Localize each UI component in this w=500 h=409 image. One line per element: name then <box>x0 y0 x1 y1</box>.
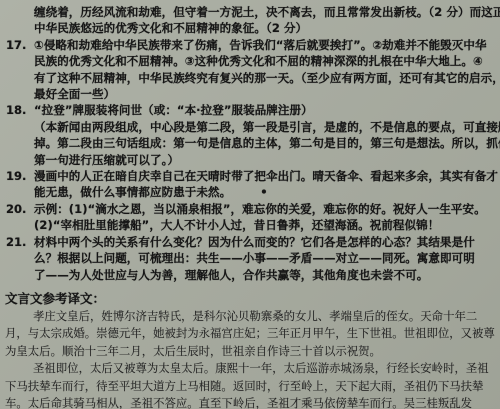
translation-line-text: 为皇太后。顺治十三年二月，太后生辰时，世祖亲自作诗三十首以示祝贺。 <box>5 343 495 360</box>
translation-heading: 文言文参考译文： <box>5 289 495 308</box>
translation-section: 孝庄文皇后，姓博尔济吉特氏，是科尔沁贝勒寨桑的女儿、孝端皇后的侄女。天命十年二月… <box>5 308 495 409</box>
answer-line-text: 最好全面一些） <box>34 86 495 102</box>
answer-number: 18. <box>6 102 26 118</box>
answer-number: 19. <box>6 168 26 184</box>
answer-number: 17. <box>6 37 26 53</box>
answer-line-text: “拉登”牌服装将问世（或：“本·拉登”服装品牌注册） <box>34 102 495 118</box>
answer-item: 20.示例：(1)“滴水之恩，当以涌泉相报”，难忘你的关爱，难忘你的好。祝好人一… <box>5 201 495 234</box>
answer-item: 18.“拉登”牌服装将问世（或：“本·拉登”服装品牌注册）（本新闻由两段组成，中… <box>5 102 495 168</box>
answer-line-text: 第一句进行压缩就可以了。） <box>34 152 495 168</box>
answer-line-text: 掉。第二段由三句话组成：第一句是信息的主体，第二句是目的，第三句是想法。所以，抓… <box>34 135 495 151</box>
answers-section: 缠绕着，历经风流和劫难，但守着一方泥土，决不离去，而且常常发出新枝。（2 分）而… <box>5 4 495 283</box>
answer-item: 19.漫画中的人正在暗自庆幸自己在天晴时带了把伞出门。晴天备伞、看起来多余，其实… <box>5 168 495 201</box>
answer-line-text: 材料中两个头的关系有什么变化？因为什么而变的？它们各是怎样的心态？其结果是什 <box>34 234 495 250</box>
answer-line-text: ①侵略和劫难给中华民族带来了伤痛，告诉我们“落后就要挨打”。②劫难并不能毁灭中华 <box>34 37 495 53</box>
page: { "page": { "background_color": "#a5a99d… <box>0 0 500 409</box>
answer-item: 17.①侵略和劫难给中华民族带来了伤痛，告诉我们“落后就要挨打”。②劫难并不能毁… <box>5 37 495 103</box>
answer-item: 缠绕着，历经风流和劫难，但守着一方泥土，决不离去，而且常常发出新枝。（2 分）而… <box>5 4 495 37</box>
answer-line-text: 能无患，做什么事情都应防患于未然。 • <box>34 184 495 200</box>
answer-line-text: 有了这种不屈精神，中华民族终究有复兴的那一天。（至少应有两方面，还可有其它的启示… <box>34 70 495 86</box>
answer-line-text: 缠绕着，历经风流和劫难，但守着一方泥土，决不离去，而且常常发出新枝。（2 分）而… <box>34 4 495 20</box>
document-scan: 缠绕着，历经风流和劫难，但守着一方泥土，决不离去，而且常常发出新枝。（2 分）而… <box>0 0 500 409</box>
translation-line-text: 圣祖即位，太后又被尊为太皇太后。康熙十一年，太后巡游赤城汤泉，行经长安岭时，圣祖 <box>5 360 495 377</box>
answer-line-text: 了——为人处世应与人为善，理解他人，合作共赢等，其他角度也未尝不可。 <box>34 267 495 283</box>
answer-line-text: （本新闻由两段组成，中心段是第二段，第一段是引言，是虚的，不是信息的要点，可直接… <box>34 119 495 135</box>
answer-item: 21.材料中两个头的关系有什么变化？因为什么而变的？它们各是怎样的心态？其结果是… <box>5 234 495 283</box>
translation-line-text: 下马扶辇车而行，待至平坦大道方上马相随。返回时，行至岭上，天下起大雨，圣祖仍下马… <box>5 378 495 395</box>
answer-line-text: 漫画中的人正在暗自庆幸自己在天晴时带了把伞出门。晴天备伞、看起来多余，其实有备才 <box>34 168 495 184</box>
answer-line-text: 民族的优秀文化和不屈精神。③这种优秀文化和不屈的精神深深的扎根在中华大地上。④ <box>34 53 495 69</box>
answer-line-text: 么？根据以上问题，可梳理出：共生——小事——矛盾——对立——同死。寓意即可明 <box>34 250 495 266</box>
answer-line-text: 中华民族悠远的优秀文化和不屈精神的象征。（2 分） <box>34 20 495 36</box>
answer-line-text: 示例：(1)“滴水之恩，当以涌泉相报”，难忘你的关爱，难忘你的好。祝好人一生平安… <box>34 201 495 217</box>
translation-line-text: 孝庄文皇后，姓博尔济吉特氏，是科尔沁贝勒寨桑的女儿、孝端皇后的侄女。天命十年二 <box>5 308 495 325</box>
translation-line-text: 月，与太宗成婚。崇德元年，她被封为永福宫庄妃；三年正月甲午，生下世祖。世祖即位，… <box>5 325 495 342</box>
answer-number: 21. <box>6 234 26 250</box>
answer-line-text: (2)“宰相肚里能撑船”，大人不计小人过，昔日鲁莽，还望海涵。祝前程似锦！ <box>34 217 495 233</box>
translation-line-text: 车。太后命其骑马相从，圣祖不答应。直至下岭后，圣祖才乘马依傍辇车而行。吴三桂叛乱… <box>5 395 495 409</box>
answer-number: 20. <box>6 201 26 217</box>
